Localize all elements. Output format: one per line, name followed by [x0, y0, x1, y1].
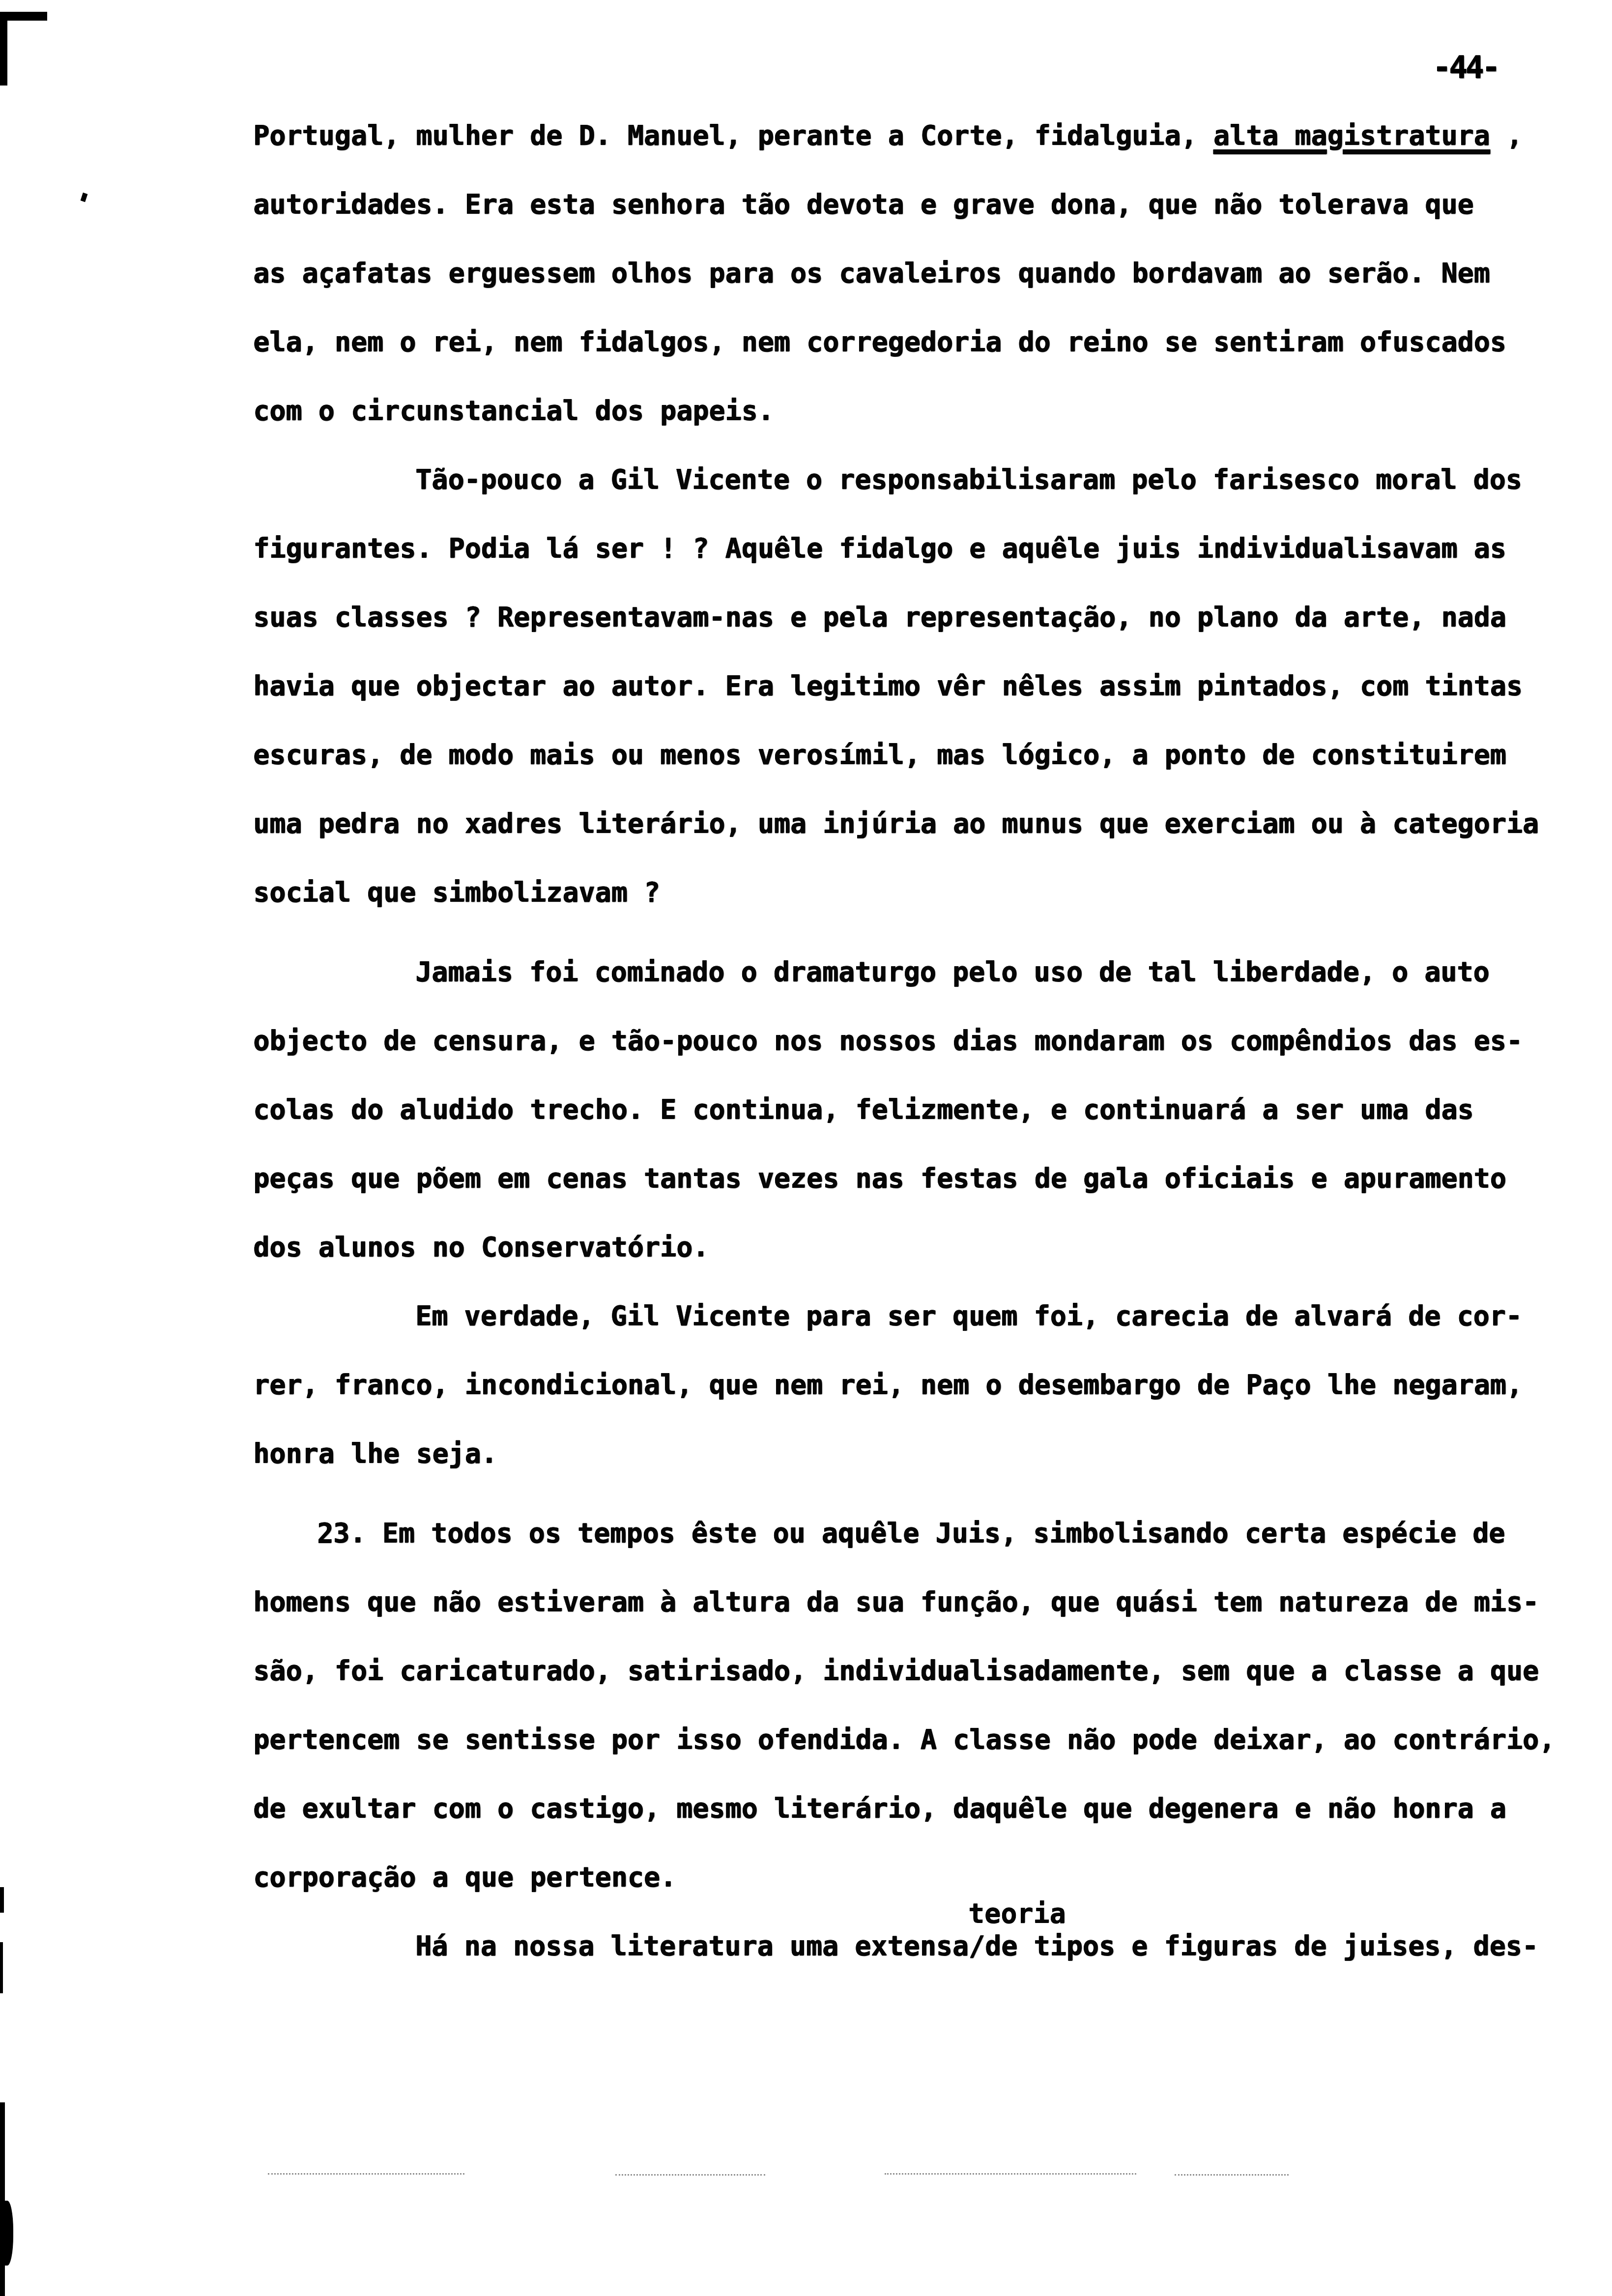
text-segment: , [1490, 119, 1523, 151]
text-line: peças que põem em cenas tantas vezes nas… [253, 1144, 1551, 1212]
text-line: Em verdade, Gil Vicente para ser quem fo… [253, 1281, 1551, 1350]
paragraph: Jamais foi cominado o dramaturgo pelo us… [253, 937, 1551, 1281]
page-number: -44- [1433, 49, 1498, 85]
scanned-document-page: -44- Portugal, mulher de D. Manuel, pera… [0, 0, 1612, 2296]
text-line: figurantes. Podia lá ser ! ? Aquêle fida… [253, 514, 1551, 582]
text-line: com o circunstancial dos papeis. [253, 376, 1551, 445]
text-line: uma pedra no xadres literário, uma injúr… [253, 789, 1551, 858]
text-line: pertencem se sentisse por isso ofendida.… [253, 1705, 1551, 1774]
text-line: Tão-pouco a Gil Vicente o responsabilisa… [253, 445, 1551, 514]
text-line: Jamais foi cominado o dramaturgo pelo us… [253, 937, 1551, 1006]
paragraph: Tão-pouco a Gil Vicente o responsabilisa… [253, 445, 1551, 926]
faint-dotted-line [268, 2173, 464, 2175]
text-segment: Portugal, mulher de D. Manuel, perante a… [253, 119, 1213, 151]
faint-dotted-line [1175, 2174, 1289, 2176]
text-line: corporação a que pertence. [253, 1842, 1551, 1911]
text-line: social que simbolizavam ? [253, 858, 1551, 926]
text-line: Portugal, mulher de D. Manuel, perante a… [253, 101, 1551, 170]
text-line: autoridades. Era esta senhora tão devota… [253, 170, 1551, 238]
faint-dotted-line [615, 2174, 765, 2176]
text-line: objecto de censura, e tão-pouco nos noss… [253, 1006, 1551, 1075]
scan-edge-mark [0, 1942, 3, 1993]
scan-edge-strip [0, 2102, 5, 2296]
scan-edge-blob [0, 2201, 13, 2266]
faint-dotted-line [885, 2173, 1136, 2175]
text-line: são, foi caricaturado, satirisado, indiv… [253, 1636, 1551, 1705]
scan-speck [81, 193, 88, 202]
scan-corner-mark-vertical [0, 12, 7, 86]
underlined-text: alta magistratura [1213, 119, 1490, 151]
text-line: escuras, de modo mais ou menos verosímil… [253, 720, 1551, 789]
text-line: 23. Em todos os tempos êste ou aquêle Ju… [253, 1498, 1551, 1567]
text-line: as açafatas erguessem olhos para os cava… [253, 238, 1551, 307]
text-line: suas classes ? Representavam-nas e pela … [253, 582, 1551, 651]
text-line: honra lhe seja. [253, 1419, 1551, 1488]
paragraph: 23. Em todos os tempos êste ou aquêle Ju… [253, 1498, 1551, 1911]
interline-insertion-word: teoria [968, 1879, 1066, 1948]
scan-edge-mark [0, 1887, 4, 1913]
paragraph: Em verdade, Gil Vicente para ser quem fo… [253, 1281, 1551, 1488]
paragraph: Há na nossa literatura uma extensa/de ti… [253, 1911, 1551, 1980]
text-line: homens que não estiveram à altura da sua… [253, 1567, 1551, 1636]
text-line: rer, franco, incondicional, que nem rei,… [253, 1350, 1551, 1419]
text-line: havia que objectar ao autor. Era legitim… [253, 651, 1551, 720]
text-line: de exultar com o castigo, mesmo literári… [253, 1774, 1551, 1842]
scan-speck [256, 206, 259, 210]
typewritten-text-block: Portugal, mulher de D. Manuel, perante a… [253, 101, 1551, 1980]
text-line: dos alunos no Conservatório. [253, 1212, 1551, 1281]
text-line: Há na nossa literatura uma extensa/de ti… [253, 1911, 1551, 1980]
paragraph: Portugal, mulher de D. Manuel, perante a… [253, 101, 1551, 445]
text-line: ela, nem o rei, nem fidalgos, nem correg… [253, 307, 1551, 376]
text-line: colas do aludido trecho. E continua, fel… [253, 1075, 1551, 1144]
